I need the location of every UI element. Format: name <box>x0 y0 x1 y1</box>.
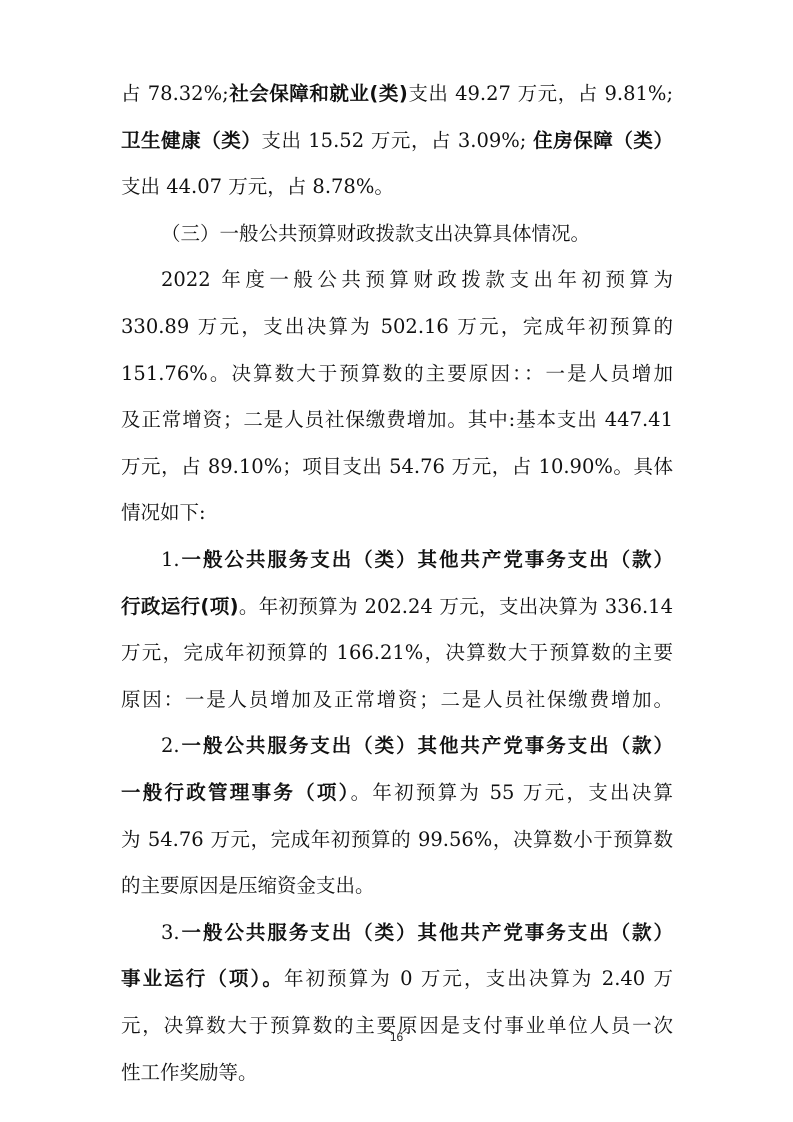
bold-heading-text: 一般公共服务支出（类）其他共产党事务支出（款） <box>180 548 673 571</box>
bold-heading-text: 住房保障（类） <box>533 129 673 152</box>
text-line: 情况如下: <box>121 495 673 531</box>
body-text: 支出 49.27 万元，占 9.81%; <box>408 82 673 105</box>
bold-heading-text: 社会保障和就业(类) <box>229 82 408 105</box>
text-line: 3.一般公共服务支出（类）其他共产党事务支出（款） <box>121 915 673 951</box>
text-line: 的主要原因是压缩资金支出。 <box>121 868 673 904</box>
body-text: 及正常增资；二是人员社保缴费增加。其中:基本支出 447.41 <box>121 408 673 431</box>
text-line: 151.76%。决算数大于预算数的主要原因：：一是人员增加 <box>121 356 673 392</box>
body-text: 为 54.76 万元，完成年初预算的 99.56%，决算数小于预算数 <box>121 828 673 851</box>
body-text: 原因：一是人员增加及正常增资；二是人员社保缴费增加。 <box>121 688 673 711</box>
body-text: 支出 44.07 万元，占 8.78%。 <box>121 175 394 198</box>
text-line: 万元，占 89.10%；项目支出 54.76 万元，占 10.90%。具体 <box>121 449 673 485</box>
body-text: 1. <box>161 548 180 571</box>
body-text: 万元，占 89.10%；项目支出 54.76 万元，占 10.90%。具体 <box>121 455 673 478</box>
text-line: 事业运行（项）。年初预算为 0 万元，支出决算为 2.40 万 <box>121 961 673 997</box>
text-line: 支出 44.07 万元，占 8.78%。 <box>121 169 673 205</box>
text-line: 及正常增资；二是人员社保缴费增加。其中:基本支出 447.41 <box>121 402 673 438</box>
bold-heading-text: 行政运行(项) <box>121 595 238 618</box>
bold-heading-text: 事业运行（项）。 <box>121 967 284 990</box>
body-text: （三）一般公共预算财政拨款支出决算具体情况。 <box>161 222 590 245</box>
body-text: 情况如下: <box>121 501 206 524</box>
body-text: 3. <box>161 921 180 944</box>
text-line: 卫生健康（类）支出 15.52 万元，占 3.09%; 住房保障（类） <box>121 123 673 159</box>
page-number: 16 <box>0 1030 793 1044</box>
bold-heading-text: 一般公共服务支出（类）其他共产党事务支出（款） <box>180 921 673 944</box>
text-line: 行政运行(项)。年初预算为 202.24 万元，支出决算为 336.14 <box>121 589 673 625</box>
text-line: 原因：一是人员增加及正常增资；二是人员社保缴费增加。 <box>121 682 673 718</box>
text-line: 性工作奖励等。 <box>121 1055 673 1091</box>
body-text: 性工作奖励等。 <box>121 1061 258 1084</box>
text-line: 万元，完成年初预算的 166.21%，决算数大于预算数的主要 <box>121 635 673 671</box>
body-text: 2022 年度一般公共预算财政拨款支出年初预算为 <box>161 268 673 291</box>
body-text: 支出 15.52 万元，占 3.09%; <box>261 129 533 152</box>
bold-heading-text: 一般公共服务支出（类）其他共产党事务支出（款） <box>180 734 673 757</box>
text-line: 2.一般公共服务支出（类）其他共产党事务支出（款） <box>121 728 673 764</box>
body-text: 的主要原因是压缩资金支出。 <box>121 874 375 897</box>
body-text: 万元，完成年初预算的 166.21%，决算数大于预算数的主要 <box>121 641 673 664</box>
body-text: 。年初预算为 202.24 万元，支出决算为 336.14 <box>238 595 673 618</box>
text-line: 一般行政管理事务（项）。年初预算为 55 万元，支出决算 <box>121 775 673 811</box>
text-line: 1.一般公共服务支出（类）其他共产党事务支出（款） <box>121 542 673 578</box>
body-text: 2. <box>161 734 180 757</box>
bold-heading-text: 一般行政管理事务（项） <box>121 781 351 804</box>
body-text: 占 78.32%; <box>121 82 229 105</box>
bold-heading-text: 卫生健康（类） <box>121 129 261 152</box>
text-line: 330.89 万元，支出决算为 502.16 万元，完成年初预算的 <box>121 309 673 345</box>
text-line: （三）一般公共预算财政拨款支出决算具体情况。 <box>121 216 673 252</box>
body-text: 151.76%。决算数大于预算数的主要原因：：一是人员增加 <box>121 362 673 385</box>
text-line: 2022 年度一般公共预算财政拨款支出年初预算为 <box>121 262 673 298</box>
body-text: 330.89 万元，支出决算为 502.16 万元，完成年初预算的 <box>121 315 673 338</box>
body-text: 年初预算为 0 万元，支出决算为 2.40 万 <box>284 967 673 990</box>
text-line: 占 78.32%;社会保障和就业(类)支出 49.27 万元，占 9.81%; <box>121 76 673 112</box>
body-text: 。年初预算为 55 万元，支出决算 <box>351 781 673 804</box>
text-line: 为 54.76 万元，完成年初预算的 99.56%，决算数小于预算数 <box>121 822 673 858</box>
